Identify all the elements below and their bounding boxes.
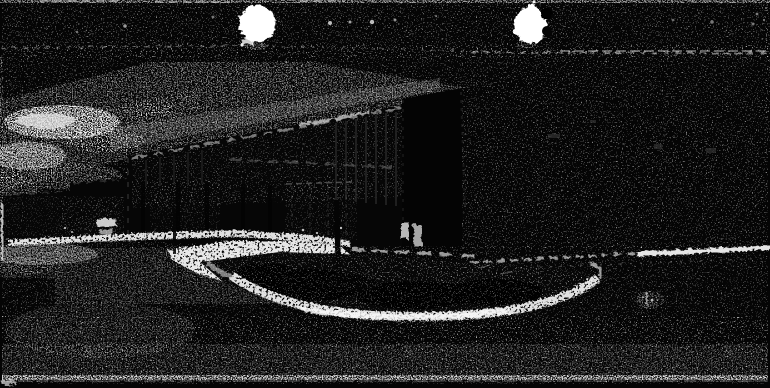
cloud-core	[15, 111, 75, 127]
photocopied-photo: Very dark, high-contrast photocopy of a …	[0, 0, 770, 388]
lit-door-glass	[412, 223, 421, 244]
left-edge-white-mark	[0, 202, 3, 258]
sign-smudge-small	[98, 228, 111, 233]
cloud-streak	[124, 103, 176, 117]
cloud-patch	[65, 128, 145, 152]
parking-lot-foreground	[0, 246, 770, 384]
bottom-left-corner-mark	[0, 379, 15, 384]
lit-door-glass	[399, 222, 407, 238]
sign-smudge	[95, 217, 115, 225]
photo-canvas	[0, 0, 770, 388]
